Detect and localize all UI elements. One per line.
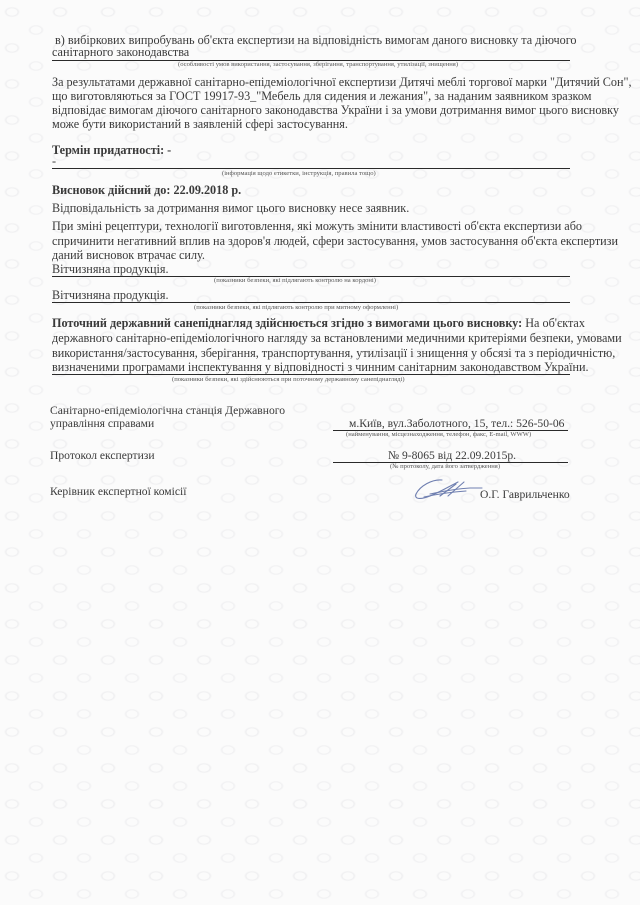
responsibility-note: Відповідальність за дотримання вимог цьо… bbox=[52, 201, 409, 216]
border-control-value: Вітчизняна продукція. bbox=[52, 262, 169, 277]
results-line-4: може бути використаний в заявленій сфері… bbox=[52, 117, 348, 132]
supervision-line-1: Поточний державний санепіднагляд здійсню… bbox=[52, 316, 585, 331]
shelf-life-label: Термін придатності: - bbox=[52, 143, 171, 158]
caption-supervision: (показники безпеки, які здійснюються при… bbox=[172, 376, 405, 383]
change-line-2: спричинити негативний вплив на здоров'я … bbox=[52, 234, 618, 249]
supervision-line-3: використання/застосування, зберігання, т… bbox=[52, 346, 615, 361]
caption-border: (показники безпеки, які підлягають контр… bbox=[214, 277, 376, 284]
change-line-1: При зміні рецептури, технології виготовл… bbox=[52, 219, 582, 234]
customs-value: Вітчизняна продукція. bbox=[52, 288, 169, 303]
station-line-2: управління справами bbox=[50, 416, 154, 431]
shelf-life-value: - bbox=[52, 154, 56, 169]
supervision-line-1-text: На об'єктах bbox=[522, 316, 585, 330]
station-address: м.Київ, вул.Заболотного, 15, тел.: 526-5… bbox=[349, 416, 564, 431]
caption-label-info: (інформація щодо етикетки, інструкція, п… bbox=[222, 170, 376, 177]
results-line-1: За результатами державної санітарно-епід… bbox=[52, 75, 632, 90]
protocol-label: Протокол експертизи bbox=[50, 448, 155, 463]
caption-protocol: (№ протоколу, дата його затвердження) bbox=[390, 463, 500, 470]
results-line-3: відповідає вимогам діючого санітарного з… bbox=[52, 103, 619, 118]
head-label: Керівник експертної комісії bbox=[50, 484, 186, 499]
protocol-value: № 9-8065 від 22.09.2015р. bbox=[388, 448, 516, 463]
caption-customs: (показники безпеки, які підлягають контр… bbox=[194, 304, 398, 311]
change-line-3: даний висновок втрачає силу. bbox=[52, 248, 205, 263]
signature-icon bbox=[410, 474, 485, 504]
caption-address: (найменування, місцезнаходження, телефон… bbox=[346, 431, 531, 438]
supervision-heading: Поточний державний санепіднагляд здійсню… bbox=[52, 316, 522, 330]
head-name: О.Г. Гаврильченко bbox=[480, 487, 570, 502]
supervision-line-4: визначеними програмами інспектування у в… bbox=[52, 360, 589, 375]
supervision-line-2: державного санітарно-епідеміологічного н… bbox=[52, 331, 622, 346]
intro-line-2: санітарного законодавства bbox=[52, 45, 189, 60]
caption-usage: (особливості умов використання, застосув… bbox=[178, 61, 458, 68]
results-line-2: що виготовляються за ГОСТ 19917-93_"Мебе… bbox=[52, 89, 591, 104]
valid-until: Висновок дійсний до: 22.09.2018 р. bbox=[52, 183, 241, 198]
